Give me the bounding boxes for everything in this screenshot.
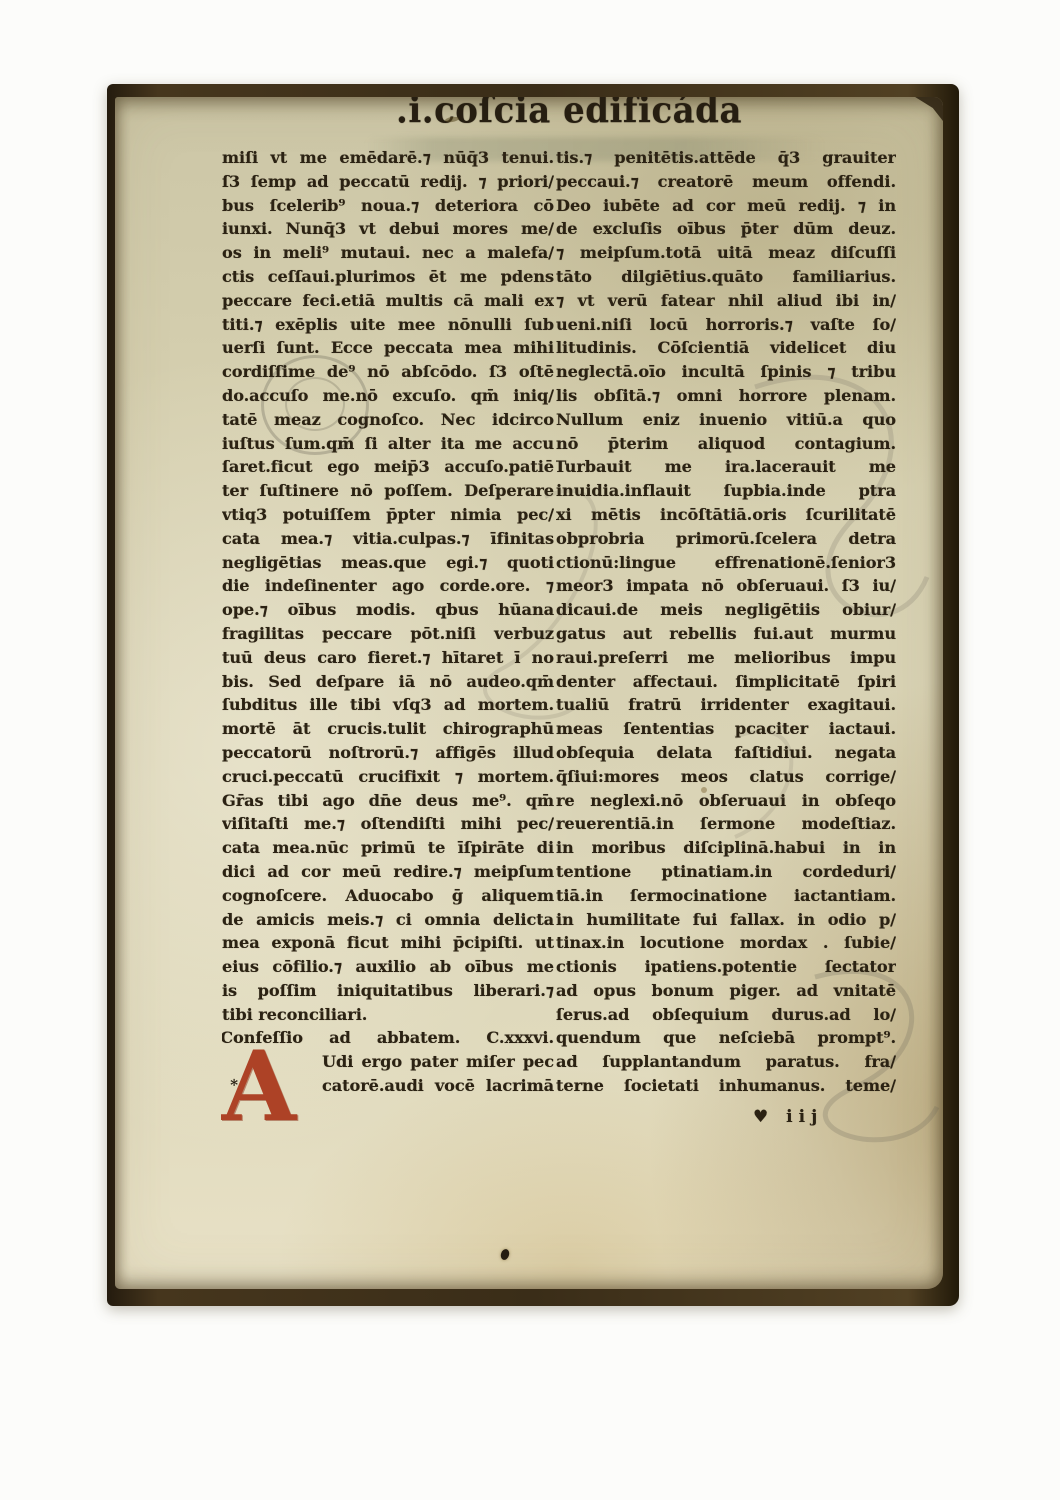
text-line: tualiū fratrū irridenter exagitaui. bbox=[556, 693, 896, 717]
text-line: tis.⁊ penitētis.attēde q̄3 grauiter bbox=[556, 146, 896, 170]
text-line: litudinis. Cōſcientiā videlicet diu bbox=[556, 336, 896, 360]
text-line: xi mētis incōſtātiā.oris ſcurilitatē bbox=[556, 503, 896, 527]
text-line: ctis ceſſaui.plurimos ēt me pdens bbox=[222, 265, 554, 289]
text-line: reuerentiā.in ſermone modeſtiaz. bbox=[556, 812, 896, 836]
text-line: ¶Turbauit me ira.lacerauit me bbox=[556, 455, 896, 479]
text-line: ſaret.ficut ego meip̄3 accuſo.patiē bbox=[222, 455, 554, 479]
text-line: bis. Sed deſpare iā nō audeo.qm̄ bbox=[222, 670, 554, 694]
wormhole-dot bbox=[499, 1248, 510, 1261]
text-line: quendum que neſciebā prompt⁹. bbox=[556, 1026, 896, 1050]
text-column-left: miſi vt me emēdarē.⁊ nūq̄3 tenui.ſ3 ſemp… bbox=[222, 146, 554, 1098]
text-line: cruci.peccatū crucifixit ⁊ mortem. bbox=[222, 765, 554, 789]
text-line: viſitaſti me.⁊ oſtendiſti mihi pec/ bbox=[222, 812, 554, 836]
text-line: tentione ptinatiam.in cordeduri/ bbox=[556, 860, 896, 884]
text-line: gatus aut rebellis fui.aut murmu bbox=[556, 622, 896, 646]
text-line: titi.⁊ exēplis uite mee nōnulli ſub bbox=[222, 313, 554, 337]
text-line: terne ſocietati inhumanus. teme/ bbox=[556, 1074, 896, 1098]
page-corner-dark-notch bbox=[909, 97, 943, 121]
text-line: q̄ſiui:mores meos clatus corrige/ bbox=[556, 765, 896, 789]
text-line: lis obſitā.⁊ omni horrore plenam. bbox=[556, 384, 896, 408]
text-line: cata mea.nūc primū te īſpirāte di bbox=[222, 836, 554, 860]
text-line: die indeſinenter ago corde.ore. ⁊ bbox=[222, 574, 554, 598]
text-line: eius cōfilio.⁊ auxilio ab oībus me bbox=[222, 955, 554, 979]
text-line: ad ſupplantandum paratus. fra/ bbox=[556, 1050, 896, 1074]
text-line: tāto dilgiētius.quāto familiarius. bbox=[556, 265, 896, 289]
text-line: obſequia delata faſtidiui. negata bbox=[556, 741, 896, 765]
text-column-right: tis.⁊ penitētis.attēde q̄3 grauiterpecca… bbox=[556, 146, 896, 1129]
text-line: meas ſententias pcaciter iactaui. bbox=[556, 717, 896, 741]
text-line: ueni.niſi locū horroris.⁊ vaſte ſo/ bbox=[556, 313, 896, 337]
text-line: nō p̄terim aliquod contagium. bbox=[556, 432, 896, 456]
text-line: in humilitate fui fallax. in odio p/ bbox=[556, 908, 896, 932]
text-line: tiā.in ſermocinatione iactantiam. bbox=[556, 884, 896, 908]
text-line: tibi reconciliari. bbox=[222, 1003, 554, 1027]
text-line: ⁊ meipſum.totā uitā meaz diſcuſſi bbox=[556, 241, 896, 265]
text-line: tinax.in locutione mordax . ſubie/ bbox=[556, 931, 896, 955]
book-photo: .i.coſcia edificáda miſi vt me emēdarē.⁊… bbox=[107, 84, 959, 1306]
text-line: iunxi. Nunq̄3 vt debui mores me/ bbox=[222, 217, 554, 241]
text-line: Deo iubēte ad cor meū redij. ⁊ in bbox=[556, 194, 896, 218]
text-line: meor3 impata nō obſeruaui. ſ3 iu/ bbox=[556, 574, 896, 598]
scan-background: { "document": { "header": ".i.coſcia edi… bbox=[0, 0, 1060, 1500]
text-line: uerſi ſunt. Ecce peccata mea mihi bbox=[222, 336, 554, 360]
text-line: mortē āt crucis.tulit chirographū bbox=[222, 717, 554, 741]
text-line: ſ3 ſemp ad peccatū redij. ⁊ priori/ bbox=[222, 170, 554, 194]
text-line: neglectā.oīo incultā ſpinis ⁊ tribu bbox=[556, 360, 896, 384]
text-line: os in meli⁹ mutaui. nec a malefa/ bbox=[222, 241, 554, 265]
text-line: de amicis meis.⁊ ci omnia delicta bbox=[222, 908, 554, 932]
text-line: cata mea.⁊ vitia.culpas.⁊ īfinitas bbox=[222, 527, 554, 551]
text-line: inuidia.inflauit ſupbia.inde ptra bbox=[556, 479, 896, 503]
text-line: vtiq3 potuiſſem p̄pter nimia pec/ bbox=[222, 503, 554, 527]
text-line: negligētias meas.que egi.⁊ quoti bbox=[222, 551, 554, 575]
text-line: is poſſim iniquitatibus liberari.⁊ bbox=[222, 979, 554, 1003]
text-line: ſerus.ad obſequium durus.ad lo/ bbox=[556, 1003, 896, 1027]
text-line: ctionis ipatiens.potentie ſectator bbox=[556, 955, 896, 979]
text-line: ad opus bonum piger. ad vnitatē bbox=[556, 979, 896, 1003]
page-title: .i.coſcia edificáda bbox=[383, 97, 755, 141]
text-line: Gr̄as tibi ago dn̄e deus me⁹. qm̄ bbox=[222, 789, 554, 813]
text-line: fragilitas peccare pōt.niſi verbuz bbox=[222, 622, 554, 646]
stain-speck bbox=[701, 787, 707, 793]
text-line: ope.⁊ oībus modis. qbus hūana bbox=[222, 598, 554, 622]
text-line: ſubditus ille tibi vſq3 ad mortem. bbox=[222, 693, 554, 717]
text-line: ctionū:lingue effrenationē.ſenior3 bbox=[556, 551, 896, 575]
text-line: denter affectaui. ſimplicitatē ſpiri bbox=[556, 670, 896, 694]
text-line: dici ad cor meū redire.⁊ meipſum bbox=[222, 860, 554, 884]
text-line: ter ſuſtinere nō poſſem. Deſperare bbox=[222, 479, 554, 503]
text-line: do.accuſo me.nō excuſo. qm̄ iniq/ bbox=[222, 384, 554, 408]
text-line: mea exponā ficut mihi p̄cipiſti. ut bbox=[222, 931, 554, 955]
text-line: tatē meaz cognoſco. Nec idcirco bbox=[222, 408, 554, 432]
text-line: obprobria primorū.ſcelera detra bbox=[556, 527, 896, 551]
incunable-page: .i.coſcia edificáda miſi vt me emēdarē.⁊… bbox=[115, 97, 943, 1289]
text-line: tuū deus caro fieret.⁊ hītaret ī no bbox=[222, 646, 554, 670]
text-line: de excluſis oībus p̄ter dūm deuz. bbox=[556, 217, 896, 241]
text-line: peccare feci.etiā multis cā mali ex bbox=[222, 289, 554, 313]
quire-signature: ♥ iij bbox=[556, 1105, 896, 1129]
text-line: raui.preſerri me melioribus impu bbox=[556, 646, 896, 670]
text-line: ⁊ vt verū fatear nhil aliud ibi in/ bbox=[556, 289, 896, 313]
drop-cap-initial: A bbox=[211, 1037, 307, 1145]
text-line: miſi vt me emēdarē.⁊ nūq̄3 tenui. bbox=[222, 146, 554, 170]
text-line: peccaui.⁊ creatorē meum offendi. bbox=[556, 170, 896, 194]
guide-letter-mark: ∗ bbox=[229, 1073, 239, 1091]
text-line: Nullum eniz inuenio vitiū.a quo bbox=[556, 408, 896, 432]
text-line: cordiſſime de⁹ nō abſcōdo. ſ3 oſtē bbox=[222, 360, 554, 384]
text-line: cognoſcere. Aduocabo ḡ aliquem bbox=[222, 884, 554, 908]
text-line: re neglexi.nō obſeruaui in obſeqo bbox=[556, 789, 896, 813]
text-line: dicaui.de meis negligētiis obiur/ bbox=[556, 598, 896, 622]
text-line: bus ſcelerib⁹ noua.⁊ deteriora cō bbox=[222, 194, 554, 218]
text-line: iuſtus ſum.qm̄ ſi alter ita me accu bbox=[222, 432, 554, 456]
text-line: in moribus diſciplinā.habui in in bbox=[556, 836, 896, 860]
text-line: peccatorū noſtrorū.⁊ affigēs illud bbox=[222, 741, 554, 765]
